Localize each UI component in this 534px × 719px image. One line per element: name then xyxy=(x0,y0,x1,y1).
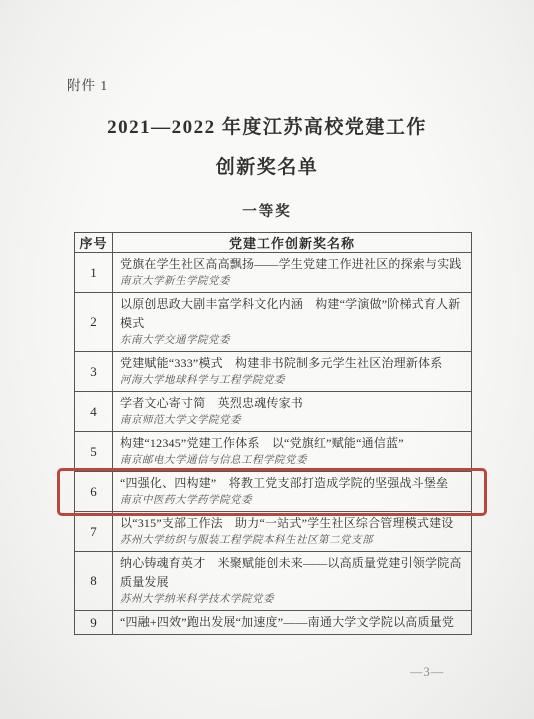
document-title-line2: 创新奖名单 xyxy=(0,148,534,188)
row-number: 2 xyxy=(75,293,113,352)
award-cell: 构建“12345”党建工作体系 以“党旗红”赋能“通信蓝”南京邮电大学通信与信息… xyxy=(113,432,472,472)
column-header-award-name: 党建工作创新奖名称 xyxy=(113,233,472,253)
column-header-no: 序号 xyxy=(75,233,113,253)
award-cell: “四强化、四构建” 将教工党支部打造成学院的坚强战斗堡垒南京中医药大学药学院党委 xyxy=(113,472,472,512)
award-cell: 纳心铸魂育英才 米聚赋能创未来——以高质量党建引领学院高质量发展苏州大学纳米科学… xyxy=(113,552,472,611)
row-number: 7 xyxy=(75,512,113,552)
award-cell: “四融+四效”跑出发展“加速度”——南通大学文学院以高质量党 xyxy=(113,611,472,635)
row-number: 4 xyxy=(75,392,113,432)
table-row: 3党建赋能“333”模式 构建非书院制多元学生社区治理新体系河海大学地球科学与工… xyxy=(75,352,472,392)
award-title: 党建赋能“333”模式 构建非书院制多元学生社区治理新体系 xyxy=(120,354,467,373)
row-number: 1 xyxy=(75,253,113,293)
award-cell: 以原创思政大剧丰富学科文化内涵 构建“学演做”阶梯式育人新模式东南大学交通学院党… xyxy=(113,293,472,352)
table-row: 6“四强化、四构建” 将教工党支部打造成学院的坚强战斗堡垒南京中医药大学药学院党… xyxy=(75,472,472,512)
award-title: 学者文心寄寸简 英烈忠魂传家书 xyxy=(120,394,467,413)
document-title-line1: 2021—2022 年度江苏高校党建工作 xyxy=(0,108,534,148)
row-number: 8 xyxy=(75,552,113,611)
table-row: 8纳心铸魂育英才 米聚赋能创未来——以高质量党建引领学院高质量发展苏州大学纳米科… xyxy=(75,552,472,611)
table-row: 4学者文心寄寸简 英烈忠魂传家书南京师范大学文学院党委 xyxy=(75,392,472,432)
table-row: 1党旗在学生社区高高飘扬——学生党建工作进社区的探索与实践南京大学新生学院党委 xyxy=(75,253,472,293)
award-org: 河海大学地球科学与工程学院党委 xyxy=(120,373,467,389)
award-org: 南京大学新生学院党委 xyxy=(120,274,467,290)
award-org: 南京中医药大学药学院党委 xyxy=(120,493,467,509)
award-cell: 党旗在学生社区高高飘扬——学生党建工作进社区的探索与实践南京大学新生学院党委 xyxy=(113,253,472,293)
table-row: 5构建“12345”党建工作体系 以“党旗红”赋能“通信蓝”南京邮电大学通信与信… xyxy=(75,432,472,472)
row-number: 6 xyxy=(75,472,113,512)
attachment-label: 附件 1 xyxy=(67,74,108,94)
award-cell: 以“315”支部工作法 助力“一站式”学生社区综合管理模式建设苏州大学纺织与服装… xyxy=(113,512,472,552)
award-title: 党旗在学生社区高高飘扬——学生党建工作进社区的探索与实践 xyxy=(120,255,467,274)
award-title: 以“315”支部工作法 助力“一站式”学生社区综合管理模式建设 xyxy=(120,514,467,533)
header-row: 序号 党建工作创新奖名称 xyxy=(75,233,472,253)
page-number: —3— xyxy=(410,665,444,680)
row-number: 5 xyxy=(75,432,113,472)
row-number: 9 xyxy=(75,611,113,635)
award-cell: 学者文心寄寸简 英烈忠魂传家书南京师范大学文学院党委 xyxy=(113,392,472,432)
award-table-header: 序号 党建工作创新奖名称 xyxy=(75,233,472,253)
award-org: 东南大学交通学院党委 xyxy=(120,333,467,349)
award-title: 纳心铸魂育英才 米聚赋能创未来——以高质量党建引领学院高质量发展 xyxy=(120,554,467,592)
award-cell: 党建赋能“333”模式 构建非书院制多元学生社区治理新体系河海大学地球科学与工程… xyxy=(113,352,472,392)
award-table-body: 1党旗在学生社区高高飘扬——学生党建工作进社区的探索与实践南京大学新生学院党委2… xyxy=(75,253,472,635)
award-title: “四融+四效”跑出发展“加速度”——南通大学文学院以高质量党 xyxy=(120,613,467,632)
award-org: 南京师范大学文学院党委 xyxy=(120,413,467,429)
table-row: 9“四融+四效”跑出发展“加速度”——南通大学文学院以高质量党 xyxy=(75,611,472,635)
award-org: 苏州大学纺织与服装工程学院本科生社区第二党支部 xyxy=(120,533,467,549)
row-number: 3 xyxy=(75,352,113,392)
document-title: 2021—2022 年度江苏高校党建工作 创新奖名单 xyxy=(0,108,534,188)
award-org: 南京邮电大学通信与信息工程学院党委 xyxy=(120,453,467,469)
award-table: 序号 党建工作创新奖名称 1党旗在学生社区高高飘扬——学生党建工作进社区的探索与… xyxy=(74,232,472,635)
table-row: 2以原创思政大剧丰富学科文化内涵 构建“学演做”阶梯式育人新模式东南大学交通学院… xyxy=(75,293,472,352)
award-title: “四强化、四构建” 将教工党支部打造成学院的坚强战斗堡垒 xyxy=(120,474,467,493)
section-heading: 一等奖 xyxy=(0,200,534,221)
award-org: 苏州大学纳米科学技术学院党委 xyxy=(120,592,467,608)
document-page: 附件 1 2021—2022 年度江苏高校党建工作 创新奖名单 一等奖 序号 党… xyxy=(0,0,534,719)
table-row: 7以“315”支部工作法 助力“一站式”学生社区综合管理模式建设苏州大学纺织与服… xyxy=(75,512,472,552)
award-title: 构建“12345”党建工作体系 以“党旗红”赋能“通信蓝” xyxy=(120,434,467,453)
award-title: 以原创思政大剧丰富学科文化内涵 构建“学演做”阶梯式育人新模式 xyxy=(120,295,467,333)
